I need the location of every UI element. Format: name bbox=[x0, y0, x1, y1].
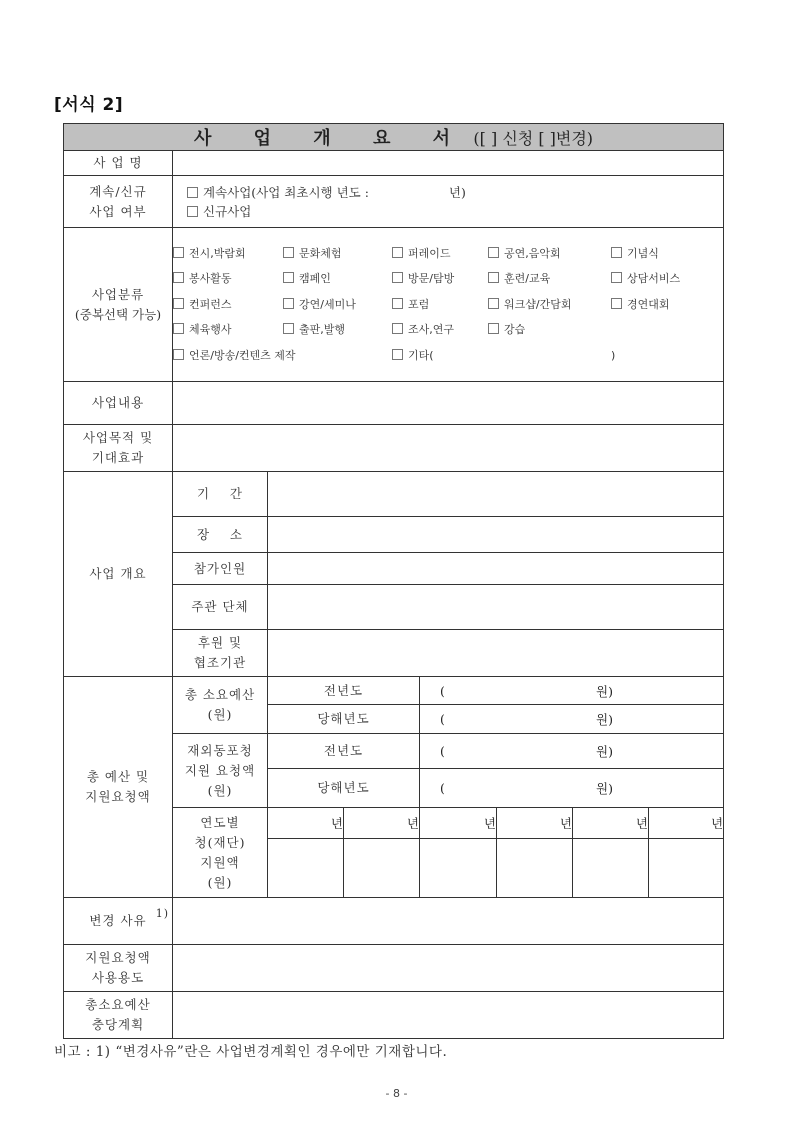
funding-plan-label-line1: 총소요예산 bbox=[64, 995, 172, 1015]
category-label-line2: (중복선택 가능) bbox=[64, 305, 172, 325]
budget-label-line2: 지원요청액 bbox=[64, 787, 172, 807]
option-new-label: 신규사업 bbox=[203, 204, 251, 219]
place-field[interactable] bbox=[268, 517, 724, 553]
year-field[interactable]: 년 bbox=[420, 808, 497, 839]
checkbox-icon[interactable] bbox=[283, 247, 294, 258]
checkbox-icon[interactable] bbox=[173, 247, 184, 258]
request-prev-year-label: 전년도 bbox=[268, 734, 420, 769]
paren-open: ( bbox=[440, 781, 445, 796]
purpose-label: 사업목적 및 기대효과 bbox=[64, 425, 173, 472]
option-continuing-suffix: 년) bbox=[449, 185, 466, 200]
total-prev-year-amount[interactable]: ( 원) bbox=[420, 677, 724, 705]
usage-label-line1: 지원요청액 bbox=[64, 948, 172, 968]
category-option[interactable]: 강습 bbox=[488, 317, 525, 343]
checkbox-icon[interactable] bbox=[187, 206, 198, 217]
category-option-label: 봉사활동 bbox=[189, 272, 232, 285]
change-reason-label-text: 변경 사유 bbox=[89, 913, 146, 928]
won-close: 원) bbox=[596, 710, 613, 728]
category-option-label: 퍼레이드 bbox=[408, 247, 451, 260]
sponsor-field[interactable] bbox=[268, 630, 724, 677]
category-option-label: 포럼 bbox=[408, 298, 429, 311]
request-label-line3: (원) bbox=[173, 781, 267, 801]
category-option-label: 훈련/교육 bbox=[504, 272, 550, 285]
yearly-label-line4: (원) bbox=[173, 873, 267, 893]
checkbox-icon[interactable] bbox=[283, 272, 294, 283]
total-curr-year-amount[interactable]: ( 원) bbox=[420, 705, 724, 734]
checkbox-icon[interactable] bbox=[611, 247, 622, 258]
checkbox-icon[interactable] bbox=[173, 349, 184, 360]
category-option[interactable]: 포럼 bbox=[392, 292, 429, 318]
category-option-label: 문화체험 bbox=[299, 247, 342, 260]
yearly-amount-field[interactable] bbox=[649, 839, 724, 898]
category-option[interactable]: 경연대회 bbox=[611, 292, 670, 318]
category-option-label: 언론/방송/컨텐츠 제작 bbox=[189, 349, 296, 362]
category-option[interactable]: 상담서비스 bbox=[611, 266, 680, 292]
yearly-amount-field[interactable] bbox=[268, 839, 344, 898]
checkbox-icon[interactable] bbox=[187, 187, 198, 198]
yearly-amount-field[interactable] bbox=[344, 839, 420, 898]
checkbox-icon[interactable] bbox=[488, 298, 499, 309]
continuation-options: 계속사업(사업 최초시행 년도 :년) 신규사업 bbox=[173, 176, 724, 228]
category-option[interactable]: 문화체험 bbox=[283, 241, 342, 267]
project-name-field[interactable] bbox=[173, 151, 724, 176]
request-label: 재외동포청 지원 요청액 (원) bbox=[173, 734, 268, 808]
continuation-label: 계속/신규 사업 여부 bbox=[64, 176, 173, 228]
category-option-label: 강습 bbox=[504, 323, 525, 336]
place-label: 장 소 bbox=[173, 517, 268, 553]
category-option-other[interactable]: 기타( bbox=[392, 343, 434, 369]
category-option[interactable]: 체육행사 bbox=[173, 317, 232, 343]
checkbox-icon[interactable] bbox=[283, 298, 294, 309]
category-option-label: 상담서비스 bbox=[627, 272, 680, 285]
yearly-amount-field[interactable] bbox=[420, 839, 497, 898]
budget-label: 총 예산 및 지원요청액 bbox=[64, 677, 173, 898]
yearly-label: 연도별 청(재단) 지원액 (원) bbox=[173, 808, 268, 898]
category-option[interactable]: 캠페인 bbox=[283, 266, 331, 292]
period-field[interactable] bbox=[268, 472, 724, 517]
purpose-field[interactable] bbox=[173, 425, 724, 472]
option-continuing-label: 계속사업(사업 최초시행 년도 : bbox=[203, 185, 369, 200]
option-continuing[interactable]: 계속사업(사업 최초시행 년도 :년) bbox=[173, 183, 723, 202]
checkbox-icon[interactable] bbox=[611, 272, 622, 283]
category-option-label: 체육행사 bbox=[189, 323, 232, 336]
year-field[interactable]: 년 bbox=[344, 808, 420, 839]
change-reason-label: 변경 사유 1) bbox=[64, 898, 173, 945]
page-number: - 8 - bbox=[0, 1087, 793, 1100]
won-close: 원) bbox=[596, 742, 613, 760]
checkbox-icon[interactable] bbox=[392, 298, 403, 309]
category-row: 봉사활동 캠페인 방문/탐방 훈련/교육 상담서비스 bbox=[173, 266, 723, 292]
row-project-name: 사 업 명 bbox=[64, 151, 724, 176]
year-field[interactable]: 년 bbox=[573, 808, 649, 839]
row-overview-period: 사업 개요 기 간 bbox=[64, 472, 724, 517]
category-option-label: 강연/세미나 bbox=[299, 298, 356, 311]
purpose-label-line1: 사업목적 및 bbox=[64, 428, 172, 448]
funding-plan-label: 총소요예산 충당계획 bbox=[64, 992, 173, 1039]
checkbox-icon[interactable] bbox=[611, 298, 622, 309]
category-option[interactable]: 워크샵/간담회 bbox=[488, 292, 571, 318]
request-label-line2: 지원 요청액 bbox=[173, 761, 267, 781]
checkbox-icon[interactable] bbox=[392, 247, 403, 258]
row-content: 사업내용 bbox=[64, 382, 724, 425]
sponsor-label-line1: 후원 및 bbox=[173, 633, 267, 653]
funding-plan-field[interactable] bbox=[173, 992, 724, 1039]
continuation-label-line2: 사업 여부 bbox=[64, 202, 172, 222]
row-total-budget-prev: 총 예산 및 지원요청액 총 소요예산 (원) 전년도 ( 원) bbox=[64, 677, 724, 705]
continuation-label-line1: 계속/신규 bbox=[64, 182, 172, 202]
participants-label: 참가인원 bbox=[173, 553, 268, 585]
category-options: 전시,박람회 문화체험 퍼레이드 공연,음악회 기념식 봉사활동 캠페인 방문/… bbox=[173, 228, 724, 382]
funding-plan-label-line2: 충당계획 bbox=[64, 1015, 172, 1035]
title-suffix: ([ ] 신청 [ ]변경) bbox=[473, 129, 593, 148]
category-option-label: 조사,연구 bbox=[408, 323, 454, 336]
paren-open: ( bbox=[440, 683, 445, 698]
category-option[interactable]: 컨퍼런스 bbox=[173, 292, 232, 318]
total-budget-label: 총 소요예산 (원) bbox=[173, 677, 268, 734]
usage-label-line2: 사용용도 bbox=[64, 968, 172, 988]
category-option-label: 기타( bbox=[408, 349, 434, 362]
option-new[interactable]: 신규사업 bbox=[173, 202, 723, 221]
category-option-label: 공연,음악회 bbox=[504, 247, 561, 260]
footnote: 비고 : 1) “변경사유”란은 사업변경계획인 경우에만 기재합니다. bbox=[54, 1040, 447, 1060]
total-curr-year-label: 당해년도 bbox=[268, 705, 420, 734]
category-option-label: 경연대회 bbox=[627, 298, 670, 311]
row-category: 사업분류 (중복선택 가능) 전시,박람회 문화체험 퍼레이드 공연,음악회 기… bbox=[64, 228, 724, 382]
request-label-line1: 재외동포청 bbox=[173, 741, 267, 761]
paren-open: ( bbox=[440, 712, 445, 727]
usage-label: 지원요청액 사용용도 bbox=[64, 945, 173, 992]
form-label: [서식 2] bbox=[54, 90, 123, 115]
checkbox-icon[interactable] bbox=[173, 323, 184, 334]
total-prev-year-label: 전년도 bbox=[268, 677, 420, 705]
title-main: 사 업 개 요 서 bbox=[194, 128, 468, 149]
category-option[interactable]: 기념식 bbox=[611, 241, 659, 267]
checkbox-icon[interactable] bbox=[173, 272, 184, 283]
year-field[interactable]: 년 bbox=[497, 808, 573, 839]
row-change-reason: 변경 사유 1) bbox=[64, 898, 724, 945]
checkbox-icon[interactable] bbox=[488, 247, 499, 258]
category-option[interactable]: 봉사활동 bbox=[173, 266, 232, 292]
yearly-label-line2: 청(재단) bbox=[173, 833, 267, 853]
checkbox-icon[interactable] bbox=[488, 272, 499, 283]
budget-label-line1: 총 예산 및 bbox=[64, 767, 172, 787]
participants-field[interactable] bbox=[268, 553, 724, 585]
category-row: 전시,박람회 문화체험 퍼레이드 공연,음악회 기념식 bbox=[173, 241, 723, 267]
sponsor-label: 후원 및 협조기관 bbox=[173, 630, 268, 677]
checkbox-icon[interactable] bbox=[392, 272, 403, 283]
row-funding-plan: 총소요예산 충당계획 bbox=[64, 992, 724, 1039]
project-name-label: 사 업 명 bbox=[64, 151, 173, 176]
form-table: 사 업 개 요 서 ([ ] 신청 [ ]변경) 사 업 명 계속/신규 사업 … bbox=[63, 123, 724, 1039]
checkbox-icon[interactable] bbox=[283, 323, 294, 334]
change-reason-field[interactable] bbox=[173, 898, 724, 945]
title-row: 사 업 개 요 서 ([ ] 신청 [ ]변경) bbox=[64, 124, 724, 151]
category-option[interactable]: 훈련/교육 bbox=[488, 266, 550, 292]
category-option[interactable]: 전시,박람회 bbox=[173, 241, 246, 267]
request-curr-year-label: 당해년도 bbox=[268, 769, 420, 808]
row-continuation: 계속/신규 사업 여부 계속사업(사업 최초시행 년도 :년) 신규사업 bbox=[64, 176, 724, 228]
category-option-label: 캠페인 bbox=[299, 272, 331, 285]
category-label-line1: 사업분류 bbox=[64, 285, 172, 305]
category-option-label: 워크샵/간담회 bbox=[504, 298, 571, 311]
category-row: 언론/방송/컨텐츠 제작 기타( ) bbox=[173, 343, 723, 369]
content-label: 사업내용 bbox=[64, 382, 173, 425]
category-option[interactable]: 언론/방송/컨텐츠 제작 bbox=[173, 343, 296, 369]
checkbox-icon[interactable] bbox=[488, 323, 499, 334]
purpose-label-line2: 기대효과 bbox=[64, 448, 172, 468]
yearly-amount-field[interactable] bbox=[497, 839, 573, 898]
yearly-label-line3: 지원액 bbox=[173, 853, 267, 873]
form-title: 사 업 개 요 서 ([ ] 신청 [ ]변경) bbox=[64, 124, 724, 151]
won-close: 원) bbox=[596, 779, 613, 797]
total-budget-label-line1: 총 소요예산 bbox=[173, 685, 267, 705]
year-field[interactable]: 년 bbox=[268, 808, 344, 839]
row-purpose: 사업목적 및 기대효과 bbox=[64, 425, 724, 472]
won-close: 원) bbox=[596, 682, 613, 700]
category-row: 컨퍼런스 강연/세미나 포럼 워크샵/간담회 경연대회 bbox=[173, 292, 723, 318]
category-option-label: 컨퍼런스 bbox=[189, 298, 232, 311]
category-option-label: 전시,박람회 bbox=[189, 247, 246, 260]
category-row: 체육행사 출판,발행 조사,연구 강습 bbox=[173, 317, 723, 343]
category-other-close: ) bbox=[611, 343, 615, 369]
category-option[interactable]: 퍼레이드 bbox=[392, 241, 451, 267]
request-prev-year-amount[interactable]: ( 원) bbox=[420, 734, 724, 769]
request-curr-year-amount[interactable]: ( 원) bbox=[420, 769, 724, 808]
category-option[interactable]: 조사,연구 bbox=[392, 317, 454, 343]
category-option[interactable]: 출판,발행 bbox=[283, 317, 345, 343]
total-budget-label-line2: (원) bbox=[173, 705, 267, 725]
yearly-amount-field[interactable] bbox=[573, 839, 649, 898]
category-option-label: 출판,발행 bbox=[299, 323, 345, 336]
category-option[interactable]: 강연/세미나 bbox=[283, 292, 356, 318]
yearly-label-line1: 연도별 bbox=[173, 813, 267, 833]
category-option-label: 방문/탐방 bbox=[408, 272, 454, 285]
year-field[interactable]: 년 bbox=[649, 808, 724, 839]
paren-open: ( bbox=[440, 744, 445, 759]
category-option-label: 기념식 bbox=[627, 247, 659, 260]
checkbox-icon[interactable] bbox=[392, 349, 403, 360]
category-option[interactable]: 공연,음악회 bbox=[488, 241, 561, 267]
project-overview-form: 사 업 개 요 서 ([ ] 신청 [ ]변경) 사 업 명 계속/신규 사업 … bbox=[63, 123, 723, 1039]
checkbox-icon[interactable] bbox=[173, 298, 184, 309]
overview-label: 사업 개요 bbox=[64, 472, 173, 677]
category-option[interactable]: 방문/탐방 bbox=[392, 266, 454, 292]
usage-field[interactable] bbox=[173, 945, 724, 992]
row-usage: 지원요청액 사용용도 bbox=[64, 945, 724, 992]
checkbox-icon[interactable] bbox=[392, 323, 403, 334]
host-field[interactable] bbox=[268, 585, 724, 630]
sponsor-label-line2: 협조기관 bbox=[173, 653, 267, 673]
host-label: 주관 단체 bbox=[173, 585, 268, 630]
footnote-mark: 1) bbox=[156, 904, 169, 924]
category-label: 사업분류 (중복선택 가능) bbox=[64, 228, 173, 382]
period-label: 기 간 bbox=[173, 472, 268, 517]
content-field[interactable] bbox=[173, 382, 724, 425]
